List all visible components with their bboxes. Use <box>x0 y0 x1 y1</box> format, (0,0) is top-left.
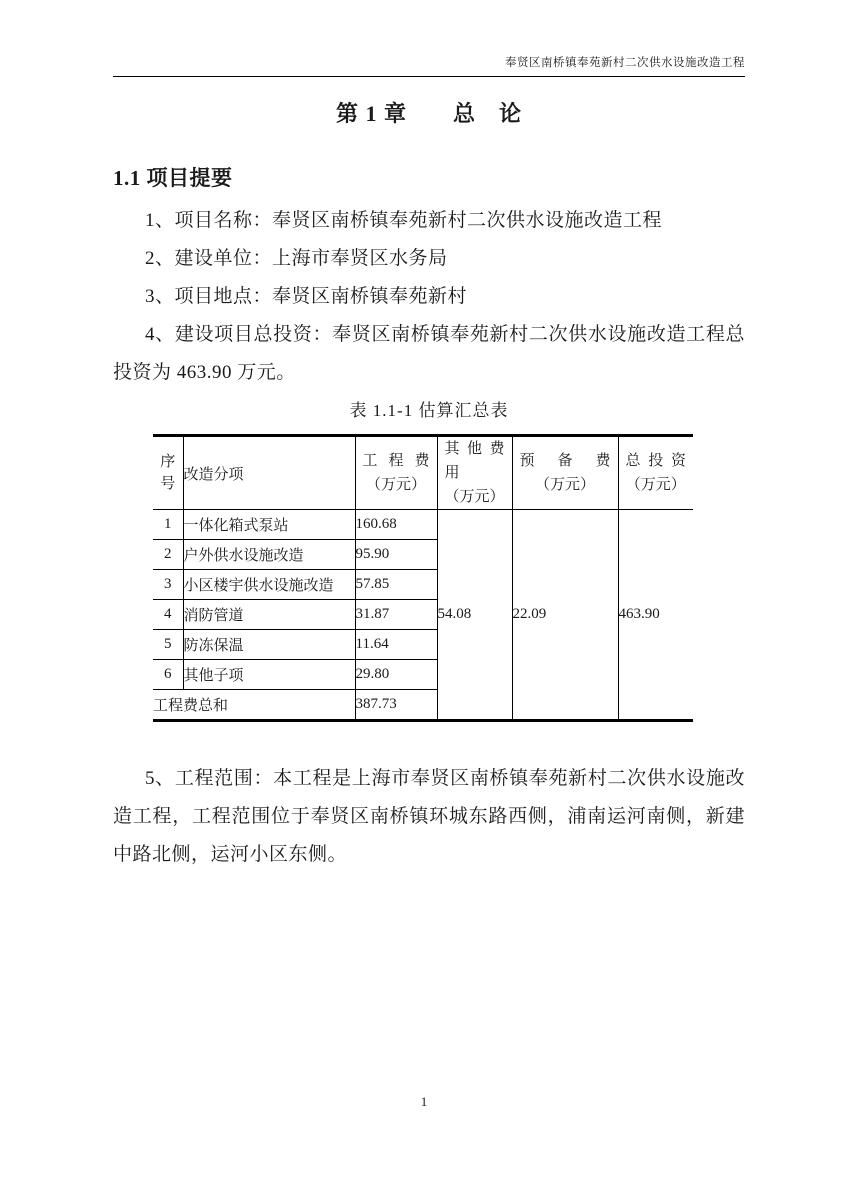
row-item: 小区楼宇供水设施改造 <box>183 570 355 600</box>
paragraph-project-name: 1、项目名称：奉贤区南桥镇奉苑新村二次供水设施改造工程 <box>113 202 745 240</box>
row-cost: 29.80 <box>355 660 437 690</box>
row-no: 4 <box>153 600 183 630</box>
col-header-other: 其 他 费 用 （万元） <box>437 436 512 510</box>
total-row-label: 工程费总和 <box>153 690 355 721</box>
row-item: 消防管道 <box>183 600 355 630</box>
col-header-cost-name: 工 程 费 <box>356 449 437 473</box>
row-cost: 57.85 <box>355 570 437 600</box>
row-item: 防冻保温 <box>183 630 355 660</box>
row-no: 2 <box>153 540 183 570</box>
col-header-no: 序 号 <box>153 436 183 510</box>
page-number: 1 <box>0 1094 848 1110</box>
col-header-reserve-unit: （万元） <box>513 473 618 497</box>
paragraph-construction-unit: 2、建设单位：上海市奉贤区水务局 <box>113 240 745 278</box>
document-page: 奉贤区南桥镇奉苑新村二次供水设施改造工程 第 1 章 总 论 1.1 项目提要 … <box>0 0 848 1200</box>
estimate-summary-table: 序 号 改造分项 工 程 费 （万元） 其 他 费 用 （万元） 预 备 费 （… <box>153 434 693 722</box>
total-row-cost: 387.73 <box>355 690 437 721</box>
col-header-cost: 工 程 费 （万元） <box>355 436 437 510</box>
col-header-other-name: 其 他 费 用 <box>438 437 512 485</box>
row-no: 3 <box>153 570 183 600</box>
merged-reserve-cost-value: 22.09 <box>512 510 618 721</box>
col-header-reserve: 预 备 费 （万元） <box>512 436 618 510</box>
col-header-total-unit: （万元） <box>619 473 694 497</box>
row-no: 1 <box>153 510 183 540</box>
col-header-total-name: 总 投 资 <box>619 449 694 473</box>
page-header: 奉贤区南桥镇奉苑新村二次供水设施改造工程 <box>113 56 745 77</box>
paragraph-total-investment: 4、建设项目总投资：奉贤区南桥镇奉苑新村二次供水设施改造工程总投资为 463.9… <box>113 316 745 392</box>
row-item: 户外供水设施改造 <box>183 540 355 570</box>
table-caption: 表 1.1-1 估算汇总表 <box>113 392 745 430</box>
row-cost: 95.90 <box>355 540 437 570</box>
row-cost: 11.64 <box>355 630 437 660</box>
col-header-cost-unit: （万元） <box>356 473 437 497</box>
merged-other-cost-value: 54.08 <box>437 510 512 721</box>
row-item: 一体化箱式泵站 <box>183 510 355 540</box>
merged-total-investment-value: 463.90 <box>618 510 693 721</box>
page-content: 奉贤区南桥镇奉苑新村二次供水设施改造工程 第 1 章 总 论 1.1 项目提要 … <box>113 0 745 874</box>
paragraph-project-scope: 5、工程范围：本工程是上海市奉贤区南桥镇奉苑新村二次供水设施改造工程，工程范围位… <box>113 760 745 874</box>
row-cost: 31.87 <box>355 600 437 630</box>
col-header-reserve-name: 预 备 费 <box>513 449 618 473</box>
row-cost: 160.68 <box>355 510 437 540</box>
col-header-item: 改造分项 <box>183 436 355 510</box>
table-row: 1 一体化箱式泵站 160.68 54.08 22.09 463.90 <box>153 510 693 540</box>
row-no: 6 <box>153 660 183 690</box>
col-header-total: 总 投 资 （万元） <box>618 436 693 510</box>
row-no: 5 <box>153 630 183 660</box>
paragraph-project-location: 3、项目地点：奉贤区南桥镇奉苑新村 <box>113 278 745 316</box>
col-header-other-unit: （万元） <box>438 485 512 509</box>
row-item: 其他子项 <box>183 660 355 690</box>
page-header-text: 奉贤区南桥镇奉苑新村二次供水设施改造工程 <box>505 57 745 69</box>
chapter-title: 第 1 章 总 论 <box>113 97 745 131</box>
section-heading: 1.1 项目提要 <box>113 162 745 194</box>
table-header-row: 序 号 改造分项 工 程 费 （万元） 其 他 费 用 （万元） 预 备 费 （… <box>153 436 693 510</box>
